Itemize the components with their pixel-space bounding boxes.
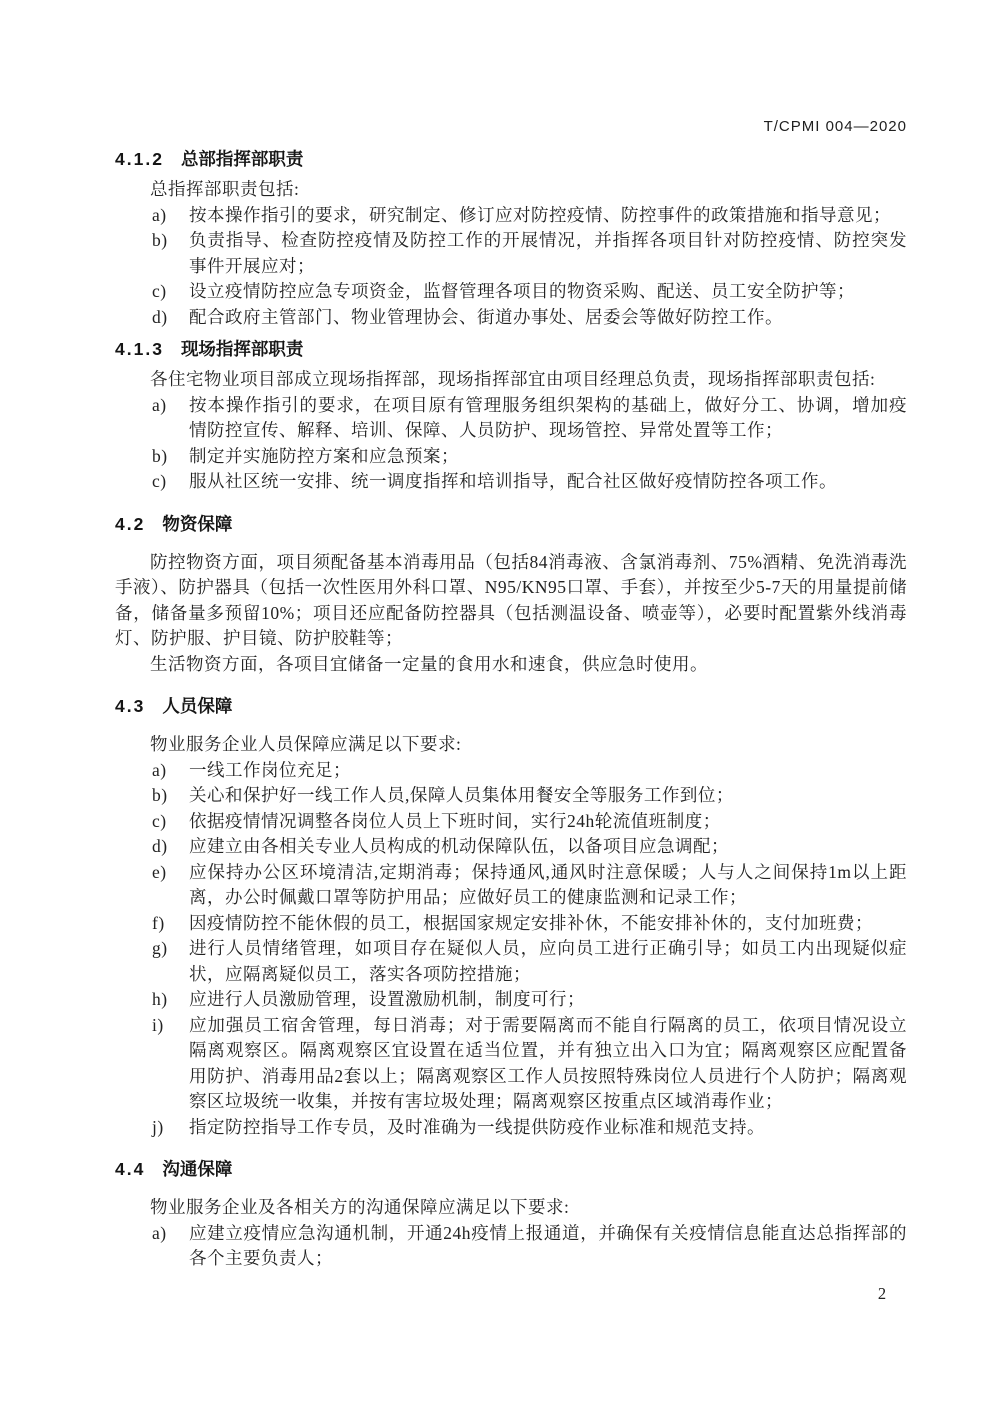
section-4-3: 4.3人员保障 物业服务企业人员保障应满足以下要求: a) 一线工作岗位充足； … (115, 693, 907, 1140)
list-item: a) 应建立疫情应急沟通机制，开通24h疫情上报通道，并确保有关疫情信息能直达总… (115, 1221, 907, 1272)
page-number: 2 (862, 1284, 902, 1304)
item-label: f) (152, 911, 165, 937)
section-heading: 4.1.2总部指挥部职责 (115, 146, 907, 172)
item-text: 按本操作指引的要求，研究制定、修订应对防控疫情、防控事件的政策措施和指导意见； (189, 205, 891, 225)
document-page: { "page": { "header": "T/CPMI 004—2020",… (0, 0, 1000, 1414)
section-heading: 4.1.3现场指挥部职责 (115, 336, 907, 362)
section-4-1-3: 4.1.3现场指挥部职责 各住宅物业项目部成立现场指挥部，现场指挥部宜由项目经理… (115, 336, 907, 495)
item-text: 因疫情防控不能休假的员工，根据国家规定安排补休，不能安排补休的，支付加班费； (189, 913, 873, 933)
item-text: 按本操作指引的要求，在项目原有管理服务组织架构的基础上，做好分工、协调，增加疫情… (189, 395, 907, 441)
item-text: 指定防控指导工作专员，及时准确为一线提供防疫作业标准和规范支持。 (189, 1117, 765, 1137)
item-label: b) (152, 228, 168, 254)
item-text: 应加强员工宿舍管理，每日消毒；对于需要隔离而不能自行隔离的员工，依项目情况设立隔… (189, 1015, 907, 1112)
item-text: 设立疫情防控应急专项资金，监督管理各项目的物资采购、配送、员工安全防护等； (189, 281, 855, 301)
item-label: i) (152, 1013, 164, 1039)
item-label: g) (152, 936, 168, 962)
item-label: a) (152, 758, 167, 784)
ordered-list: a) 按本操作指引的要求，在项目原有管理服务组织架构的基础上，做好分工、协调，增… (115, 393, 907, 495)
ordered-list: a) 应建立疫情应急沟通机制，开通24h疫情上报通道，并确保有关疫情信息能直达总… (115, 1221, 907, 1272)
list-item: b) 关心和保护好一线工作人员,保障人员集体用餐安全等服务工作到位； (115, 783, 907, 809)
section-number: 4.4 (115, 1159, 145, 1179)
item-text: 应建立由各相关专业人员构成的机动保障队伍，以备项目应急调配； (189, 836, 729, 856)
item-label: d) (152, 834, 168, 860)
list-item: a) 一线工作岗位充足； (115, 758, 907, 784)
item-text: 负责指导、检查防控疫情及防控工作的开展情况，并指挥各项目针对防控疫情、防控突发事… (189, 230, 907, 276)
section-title: 沟通保障 (162, 1159, 232, 1179)
item-text: 应建立疫情应急沟通机制，开通24h疫情上报通道，并确保有关疫情信息能直达总指挥部… (189, 1223, 907, 1269)
list-item: e) 应保持办公区环境清洁,定期消毒；保持通风,通风时注意保暖；人与人之间保持1… (115, 860, 907, 911)
standard-code: T/CPMI 004—2020 (115, 118, 907, 136)
section-heading: 4.2物资保障 (115, 511, 907, 537)
item-text: 制定并实施防控方案和应急预案； (189, 446, 459, 466)
item-text: 配合政府主管部门、物业管理协会、街道办事处、居委会等做好防控工作。 (189, 307, 783, 327)
section-title: 总部指挥部职责 (181, 149, 304, 169)
section-heading: 4.3人员保障 (115, 693, 907, 719)
list-item: g) 进行人员情绪管理，如项目存在疑似人员，应向员工进行正确引导；如员工内出现疑… (115, 936, 907, 987)
section-intro: 总指挥部职责包括: (115, 177, 907, 203)
section-paragraph: 防控物资方面，项目须配备基本消毒用品（包括84消毒液、含氯消毒剂、75%酒精、免… (115, 550, 907, 652)
item-label: d) (152, 305, 168, 331)
list-item: d) 应建立由各相关专业人员构成的机动保障队伍，以备项目应急调配； (115, 834, 907, 860)
list-item: a) 按本操作指引的要求，在项目原有管理服务组织架构的基础上，做好分工、协调，增… (115, 393, 907, 444)
section-intro: 物业服务企业及各相关方的沟通保障应满足以下要求: (115, 1195, 907, 1221)
item-label: a) (152, 203, 167, 229)
page-content: T/CPMI 004—2020 4.1.2总部指挥部职责 总指挥部职责包括: a… (115, 118, 907, 1272)
section-intro: 各住宅物业项目部成立现场指挥部，现场指挥部宜由项目经理总负责，现场指挥部职责包括… (115, 367, 907, 393)
list-item: c) 服从社区统一安排、统一调度指挥和培训指导，配合社区做好疫情防控各项工作。 (115, 469, 907, 495)
section-number: 4.2 (115, 514, 145, 534)
item-text: 应保持办公区环境清洁,定期消毒；保持通风,通风时注意保暖；人与人之间保持1m以上… (189, 862, 907, 908)
section-number: 4.1.3 (115, 339, 164, 359)
section-number: 4.1.2 (115, 149, 164, 169)
section-4-4: 4.4沟通保障 物业服务企业及各相关方的沟通保障应满足以下要求: a) 应建立疫… (115, 1156, 907, 1272)
item-label: c) (152, 469, 167, 495)
item-label: j) (152, 1115, 164, 1141)
ordered-list: a) 一线工作岗位充足； b) 关心和保护好一线工作人员,保障人员集体用餐安全等… (115, 758, 907, 1141)
section-4-1-2: 4.1.2总部指挥部职责 总指挥部职责包括: a) 按本操作指引的要求，研究制定… (115, 146, 907, 330)
list-item: b) 负责指导、检查防控疫情及防控工作的开展情况，并指挥各项目针对防控疫情、防控… (115, 228, 907, 279)
section-title: 物资保障 (162, 514, 232, 534)
item-text: 一线工作岗位充足； (189, 760, 351, 780)
list-item: b) 制定并实施防控方案和应急预案； (115, 444, 907, 470)
section-paragraph: 生活物资方面，各项目宜储备一定量的食用水和速食，供应急时使用。 (115, 652, 907, 678)
item-label: c) (152, 279, 167, 305)
ordered-list: a) 按本操作指引的要求，研究制定、修订应对防控疫情、防控事件的政策措施和指导意… (115, 203, 907, 331)
item-text: 关心和保护好一线工作人员,保障人员集体用餐安全等服务工作到位； (189, 785, 734, 805)
item-label: e) (152, 860, 167, 886)
item-label: a) (152, 1221, 167, 1247)
list-item: f) 因疫情防控不能休假的员工，根据国家规定安排补休，不能安排补休的，支付加班费… (115, 911, 907, 937)
section-number: 4.3 (115, 696, 145, 716)
item-label: h) (152, 987, 168, 1013)
item-text: 应进行人员激励管理，设置激励机制，制度可行； (189, 989, 585, 1009)
section-title: 现场指挥部职责 (181, 339, 304, 359)
item-label: c) (152, 809, 167, 835)
list-item: h) 应进行人员激励管理，设置激励机制，制度可行； (115, 987, 907, 1013)
section-intro: 物业服务企业人员保障应满足以下要求: (115, 732, 907, 758)
list-item: d) 配合政府主管部门、物业管理协会、街道办事处、居委会等做好防控工作。 (115, 305, 907, 331)
item-label: b) (152, 783, 168, 809)
list-item: c) 依据疫情情况调整各岗位人员上下班时间，实行24h轮流值班制度； (115, 809, 907, 835)
list-item: j) 指定防控指导工作专员，及时准确为一线提供防疫作业标准和规范支持。 (115, 1115, 907, 1141)
section-heading: 4.4沟通保障 (115, 1156, 907, 1182)
section-title: 人员保障 (162, 696, 232, 716)
section-4-2: 4.2物资保障 防控物资方面，项目须配备基本消毒用品（包括84消毒液、含氯消毒剂… (115, 511, 907, 678)
item-label: a) (152, 393, 167, 419)
item-label: b) (152, 444, 168, 470)
item-text: 服从社区统一安排、统一调度指挥和培训指导，配合社区做好疫情防控各项工作。 (189, 471, 837, 491)
list-item: a) 按本操作指引的要求，研究制定、修订应对防控疫情、防控事件的政策措施和指导意… (115, 203, 907, 229)
list-item: c) 设立疫情防控应急专项资金，监督管理各项目的物资采购、配送、员工安全防护等； (115, 279, 907, 305)
list-item: i) 应加强员工宿舍管理，每日消毒；对于需要隔离而不能自行隔离的员工，依项目情况… (115, 1013, 907, 1115)
item-text: 依据疫情情况调整各岗位人员上下班时间，实行24h轮流值班制度； (189, 811, 721, 831)
item-text: 进行人员情绪管理，如项目存在疑似人员，应向员工进行正确引导；如员工内出现疑似症状… (189, 938, 907, 984)
